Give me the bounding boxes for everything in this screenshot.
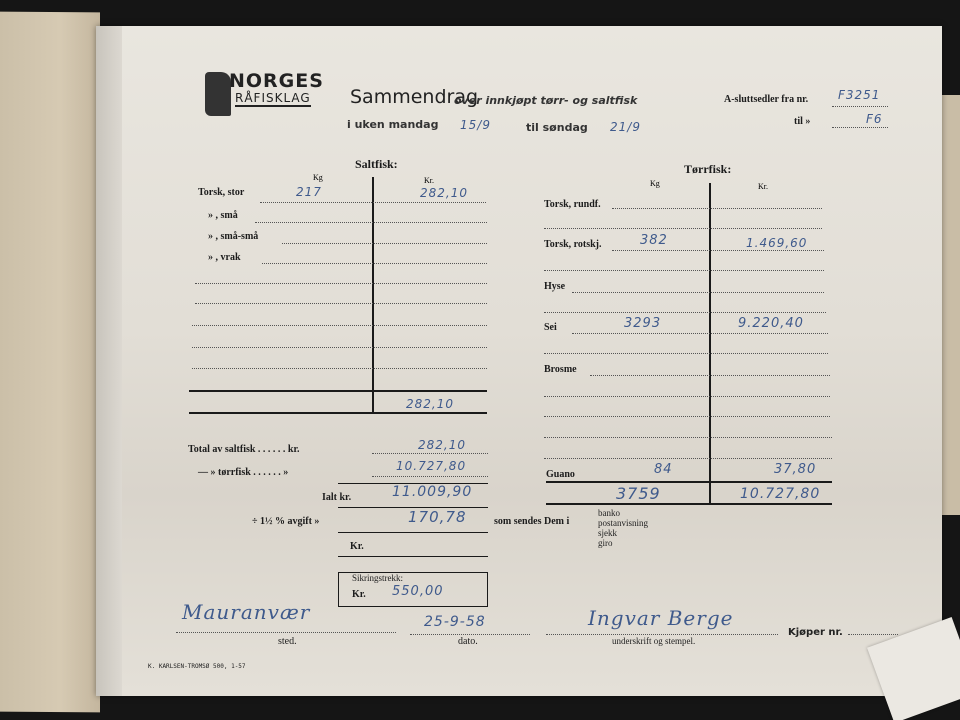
ialt-label: Ialt kr. bbox=[322, 492, 351, 503]
torrfisk-row-label: Torsk, rotskj. bbox=[544, 239, 602, 250]
buyer-label: Kjøper nr. bbox=[788, 627, 843, 638]
week-to-label: til søndag bbox=[526, 121, 588, 134]
date-value[interactable]: 25-9-58 bbox=[424, 614, 486, 630]
torrfisk-row-kg[interactable]: 3293 bbox=[624, 316, 661, 331]
total-torrfisk-label: — » tørrfisk . . . . . . » bbox=[198, 467, 288, 478]
saltfisk-title: Saltfisk: bbox=[355, 157, 398, 172]
saltfisk-row-label: » , vrak bbox=[208, 252, 241, 263]
saltfisk-kr-header: Kr. bbox=[424, 176, 434, 185]
torrfisk-row-label: Sei bbox=[544, 322, 557, 333]
logo-line1: NORGES bbox=[229, 70, 324, 92]
week-to-value[interactable]: 21/9 bbox=[610, 120, 641, 134]
form-subtitle: over innkjøpt tørr- og saltfisk bbox=[454, 94, 637, 107]
torrfisk-kg-header: Kg bbox=[650, 179, 660, 188]
total-saltfisk-label: Total av saltfisk . . . . . . kr. bbox=[188, 444, 300, 455]
payment-option[interactable]: postanvisning bbox=[598, 518, 648, 528]
sikringstrekk-kr-label: Kr. bbox=[352, 589, 366, 600]
folder-cover-left bbox=[0, 12, 100, 713]
signature-label: underskrift og stempel. bbox=[612, 636, 695, 646]
torrfisk-total-kg[interactable]: 3759 bbox=[616, 484, 661, 503]
total-torrfisk-value[interactable]: 10.727,80 bbox=[396, 459, 466, 473]
place-value[interactable]: Mauranvær bbox=[182, 600, 310, 624]
torrfisk-row-kg[interactable]: 84 bbox=[654, 462, 673, 477]
slips-to-label: til » bbox=[794, 116, 810, 127]
logo-line2: RÅFISKLAG bbox=[235, 91, 311, 107]
saltfisk-kg-header: Kg bbox=[313, 173, 323, 182]
sikringstrekk-label: Sikringstrekk: bbox=[352, 573, 403, 583]
saltfisk-row-label: » , små-små bbox=[208, 231, 258, 242]
saltfisk-row-kg[interactable]: 217 bbox=[296, 185, 322, 199]
total-saltfisk-value[interactable]: 282,10 bbox=[418, 438, 466, 452]
torrfisk-row-label: Guano bbox=[546, 469, 575, 480]
slips-from-value[interactable]: F3251 bbox=[838, 88, 880, 102]
torrfisk-row-kg[interactable]: 382 bbox=[640, 233, 668, 248]
torrfisk-kr-header: Kr. bbox=[758, 182, 768, 191]
torrfisk-row-kr[interactable]: 37,80 bbox=[774, 462, 816, 477]
signature-value[interactable]: Ingvar Berge bbox=[588, 606, 733, 630]
torrfisk-row-label: Torsk, rundf. bbox=[544, 199, 601, 210]
saltfisk-row-kr[interactable]: 282,10 bbox=[420, 186, 468, 200]
torrfisk-row-kr[interactable]: 1.469,60 bbox=[746, 236, 807, 250]
torrfisk-title: Tørrfisk: bbox=[684, 162, 731, 177]
payment-option[interactable]: giro bbox=[598, 538, 648, 548]
payment-options: banko postanvisning sjekk giro bbox=[598, 508, 648, 548]
saltfisk-row-label: Torsk, stor bbox=[198, 187, 244, 198]
avgift-value[interactable]: 170,78 bbox=[408, 508, 467, 526]
fisherman-icon bbox=[205, 72, 231, 116]
slips-from-label: A-sluttsedler fra nr. bbox=[724, 94, 808, 105]
date-label: dato. bbox=[458, 636, 478, 647]
torrfisk-total-kr[interactable]: 10.727,80 bbox=[740, 486, 820, 502]
avgift-label: ÷ 1½ % avgift » bbox=[252, 516, 319, 527]
binding-spine bbox=[96, 26, 122, 696]
week-label: i uken mandag bbox=[347, 118, 438, 131]
printer-mark: K. KARLSEN-TROMSØ 500, 1-57 bbox=[148, 663, 246, 670]
sendes-label: som sendes Dem i bbox=[494, 516, 569, 527]
payment-option[interactable]: banko bbox=[598, 508, 648, 518]
saltfisk-row-label: » , små bbox=[208, 210, 238, 221]
kr-label: Kr. bbox=[350, 541, 364, 552]
norges-rafisklag-logo: NORGES RÅFISKLAG bbox=[205, 70, 333, 120]
sikringstrekk-value[interactable]: 550,00 bbox=[392, 584, 444, 599]
week-from-value[interactable]: 15/9 bbox=[460, 118, 491, 132]
slips-to-value[interactable]: F6 bbox=[866, 112, 883, 126]
torrfisk-row-label: Hyse bbox=[544, 281, 565, 292]
place-label: sted. bbox=[278, 636, 297, 647]
form-sheet bbox=[96, 26, 942, 696]
torrfisk-row-label: Brosme bbox=[544, 364, 577, 375]
ialt-value[interactable]: 11.009,90 bbox=[392, 484, 472, 500]
payment-option[interactable]: sjekk bbox=[598, 528, 648, 538]
saltfisk-total-kr[interactable]: 282,10 bbox=[406, 397, 454, 411]
torrfisk-row-kr[interactable]: 9.220,40 bbox=[738, 316, 804, 331]
